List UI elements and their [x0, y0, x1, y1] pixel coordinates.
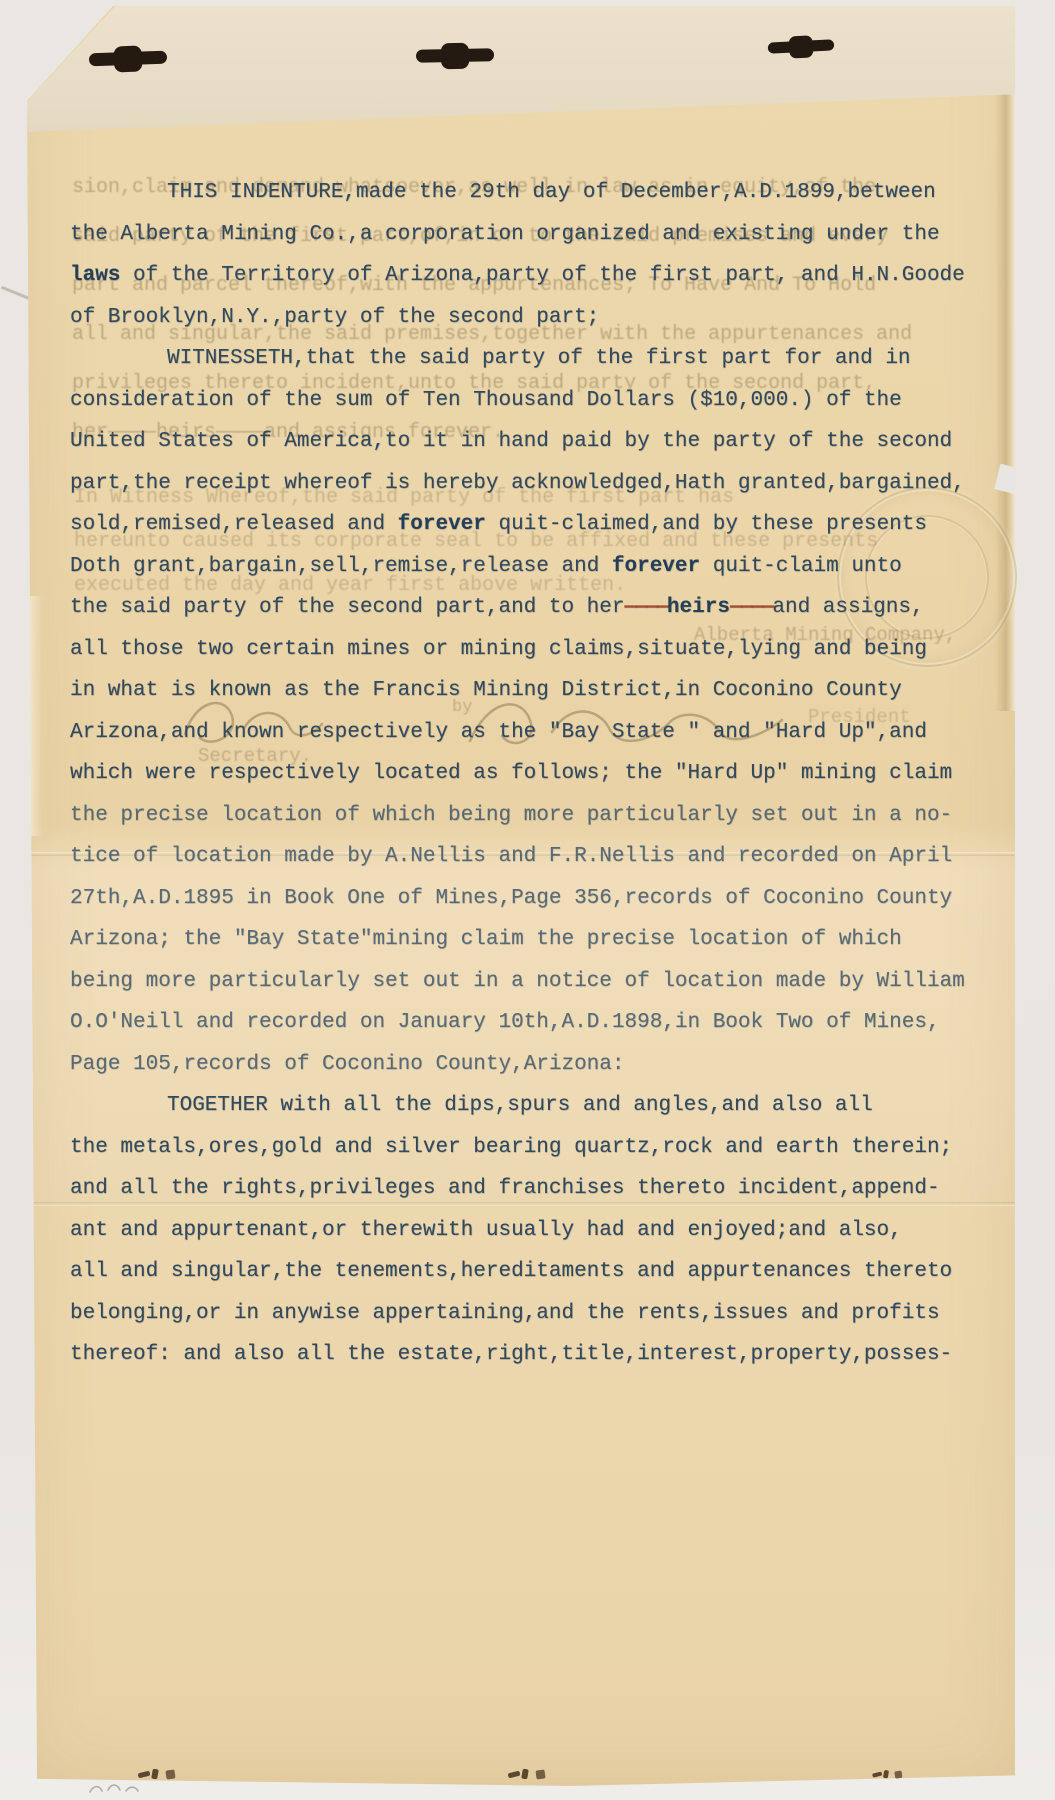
typed-line: consideration of the sum of Ten Thousand…: [70, 380, 1010, 422]
typed-line: the said party of the second part,and to…: [70, 587, 1010, 629]
typed-line: O.O'Neill and recorded on January 10th,A…: [70, 1002, 1010, 1044]
typed-line: part,the receipt whereof is hereby ackno…: [70, 463, 1010, 505]
typed-line: TOGETHER with all the dips,spurs and ang…: [70, 1085, 1010, 1127]
typed-line: ant and appurtenant,or therewith usually…: [70, 1210, 1010, 1252]
typed-line: the precise location of which being more…: [70, 795, 1010, 837]
typed-line: Arizona,and known respectively as the "B…: [70, 712, 1010, 754]
typed-line: THIS INDENTURE,made the 29th day of Dece…: [70, 172, 1010, 214]
typed-line: tice of location made by A.Nellis and F.…: [70, 836, 1010, 878]
typed-line: of Brooklyn,N.Y.,party of the second par…: [70, 297, 1010, 339]
typed-line: Arizona; the "Bay State"mining claim the…: [70, 919, 1010, 961]
scanned-document: sion,claim and demand whatsoever,as well…: [0, 0, 1055, 1800]
typed-line: all those two certain mines or mining cl…: [70, 629, 1010, 671]
typed-line: Doth grant,bargain,sell,remise,release a…: [70, 546, 1010, 588]
typed-line: and all the rights,privileges and franch…: [70, 1168, 1010, 1210]
typed-line: thereof: and also all the estate,right,t…: [70, 1334, 1010, 1376]
left-edge-highlight: [27, 596, 43, 836]
ink-smudge: [871, 1768, 909, 1782]
typed-line: 27th,A.D.1895 in Book One of Mines,Page …: [70, 878, 1010, 920]
typed-line: the metals,ores,gold and silver bearing …: [70, 1127, 1010, 1169]
ink-smudge: [506, 1766, 554, 1784]
typed-line: in what is known as the Francis Mining D…: [70, 670, 1010, 712]
paper-fastener-icon: [416, 48, 494, 62]
typed-line: being more particularly set out in a not…: [70, 961, 1010, 1003]
typed-line: all and singular,the tenements,hereditam…: [70, 1251, 1010, 1293]
typed-line: belonging,or in anywise appertaining,and…: [70, 1293, 1010, 1335]
typed-line: Page 105,records of Coconino County,Ariz…: [70, 1044, 1010, 1086]
paper-fastener-icon: [89, 51, 167, 67]
pencil-mark: [86, 1778, 146, 1798]
typed-line: WITNESSETH,that the said party of the fi…: [70, 338, 1010, 380]
typed-line: which were respectively located as follo…: [70, 753, 1010, 795]
typed-line: the Alberta Mining Co.,a corporation org…: [70, 214, 1010, 256]
typed-line: sold,remised,released and forever quit-c…: [70, 504, 1010, 546]
typed-line: United States of America,to it in hand p…: [70, 421, 1010, 463]
typed-line: laws of the Territory of Arizona,party o…: [70, 255, 1010, 297]
typed-text: THIS INDENTURE,made the 29th day of Dece…: [70, 172, 1010, 1376]
